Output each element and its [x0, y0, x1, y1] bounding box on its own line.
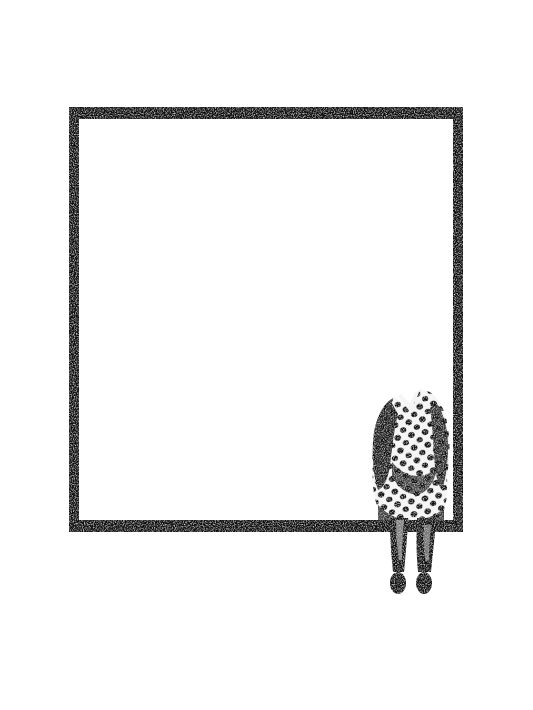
collage-artwork: [0, 0, 533, 710]
right-shoe: [416, 572, 432, 594]
left-shoe: [390, 572, 406, 594]
seated-figure: [372, 389, 449, 594]
